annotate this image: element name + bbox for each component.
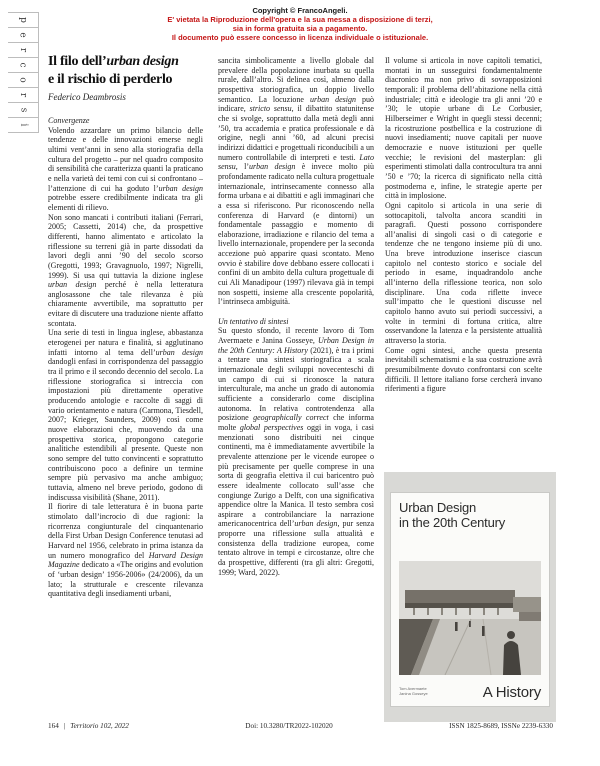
book-cover-authors: Tom Avermaete Janina Gosseye [399,686,428,696]
copyright-warning-line: E' vietata la Riproduzione dell'opera e … [0,15,600,24]
copyright-warning-line: sia in forma gratuita sia a pagamento. [0,24,600,33]
journal-page: Copyright © FrancoAngeli. E' vietata la … [0,0,600,766]
body-paragraph: Una serie di testi in lingua inglese, ab… [48,328,203,502]
book-cover-title-line1: Urban Design [399,500,505,515]
footer-issn: ISSN 1825-8689, ISSNe 2239-6330 [449,722,553,730]
page-footer: 164|Territorio 102, 2022 Doi: 10.3280/TR… [48,722,553,730]
body-paragraph: sancita simbolicamente a livello globale… [218,56,374,307]
footer-doi: Doi: 10.3280/TR2022-102020 [245,722,332,730]
strip-letter: r [18,93,28,97]
footer-journal-issue: Territorio 102, 2022 [70,722,129,730]
strip-letter-cell: o [8,73,38,88]
strip-letter: e [18,32,28,37]
strip-letter-cell: r [8,43,38,58]
book-cover-figure: Urban Design in the 20th Century [384,472,556,722]
book-cover-subtitle: A History [483,684,541,701]
book-cover-title: Urban Design in the 20th Century [399,500,505,530]
strip-letter-cell: e [8,28,38,43]
strip-letter-cell: p [8,13,38,28]
body-paragraph: Come ogni sintesi, anche questa presenta… [385,346,542,394]
text-column-3: Il volume si articola in nove capitoli t… [385,56,542,466]
strip-letter-cell: c [8,58,38,73]
book-cover: Urban Design in the 20th Century [391,493,549,706]
copyright-warning-line: Il documento può essere concesso in lice… [0,33,600,42]
body-paragraph: Su questo sfondo, il recente lavoro di T… [218,326,374,577]
section-strip-percorsi: p e r c o r s i [8,12,39,133]
strip-letter: p [18,17,28,23]
strip-letter-cell: i [8,118,38,133]
text-column-1: Convergenze Volendo azzardare un primo b… [48,116,203,718]
body-paragraph: Non sono mancati i contributi italiani (… [48,213,203,329]
copyright-banner: Copyright © FrancoAngeli. E' vietata la … [0,6,600,42]
body-paragraph: Il fiorire di tale letteratura è in buon… [48,502,203,599]
footer-separator: | [64,722,65,730]
footer-page-number: 164 [48,722,59,730]
section-heading-convergenze: Convergenze [48,116,203,126]
text-column-2: sancita simbolicamente a livello globale… [218,56,374,720]
body-paragraph: Ogni capitolo si articola in una serie d… [385,201,542,346]
book-cover-title-line2: in the 20th Century [399,515,505,530]
strip-letter: r [18,48,28,52]
book-cover-author2: Janina Gosseye [399,691,428,696]
strip-letter: i [18,124,28,127]
copyright-line: Copyright © FrancoAngeli. [0,6,600,15]
strip-letter-cell: r [8,88,38,103]
strip-letter-cell: s [8,103,38,118]
article-author: Federico Deambrosis [48,92,126,102]
book-cover-photo [399,561,541,675]
body-paragraph: Volendo azzardare un primo bilancio dell… [48,126,203,213]
strip-letter: o [18,77,28,82]
strip-letter: s [18,108,28,113]
footer-page-journal: 164|Territorio 102, 2022 [48,722,129,730]
body-paragraph: Il volume si articola in nove capitoli t… [385,56,542,201]
section-heading-sintesi: Un tentativo di sintesi [218,317,374,327]
strip-letter: c [18,62,28,67]
